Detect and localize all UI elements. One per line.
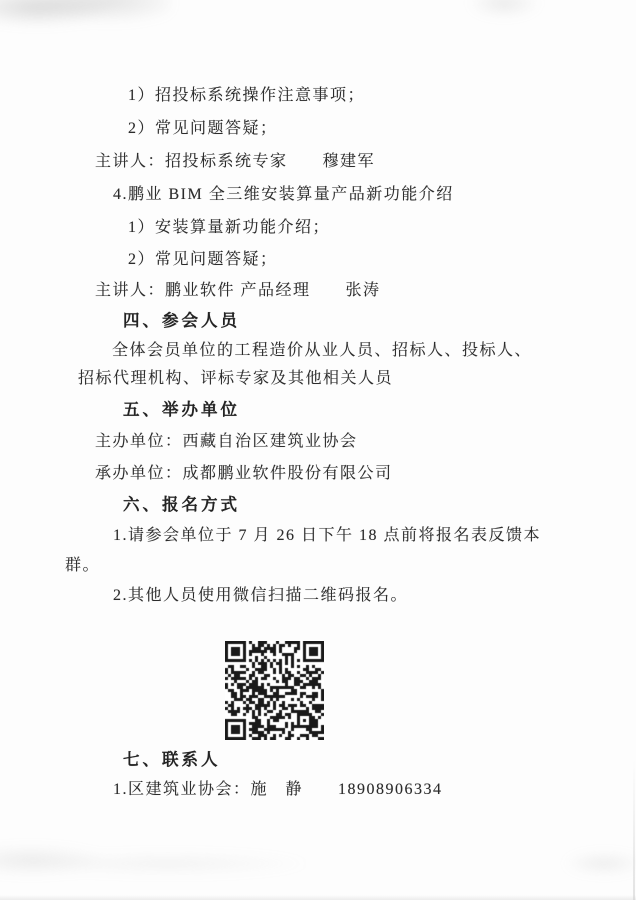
registration-method1-line-2: 群。: [65, 556, 100, 576]
scan-edge-shadow-bottom: [0, 895, 636, 900]
agenda-item3-subitem-2: 2）常见问题答疑；: [128, 119, 278, 139]
contact-item-1: 1.区建筑业协会：施 静 18908906334: [113, 780, 443, 800]
participants-body-line-2: 招标代理机构、评标专家及其他相关人员: [78, 369, 393, 389]
scan-smudge-bottom-right: [552, 848, 636, 876]
section-heading-participants: 四、参会人员: [123, 311, 240, 331]
scan-smudge-bottom-left: [0, 846, 312, 878]
scan-smudge-top-right: [452, 0, 547, 28]
organizer-host-line: 主办单位：西藏自治区建筑业协会: [95, 432, 358, 452]
section-heading-organizers: 五、举办单位: [123, 400, 240, 420]
registration-method2-line: 2.其他人员使用微信扫描二维码报名。: [113, 586, 408, 606]
agenda-item4-title: 4.鹏业 BIM 全三维安装算量产品新功能介绍: [113, 185, 454, 205]
registration-method1-line-1: 1.请参会单位于 7 月 26 日下午 18 点前将报名表反馈本: [113, 526, 541, 546]
registration-qr-code-icon: [225, 641, 324, 740]
agenda-item3-subitem-1: 1）招投标系统操作注意事项；: [128, 86, 365, 106]
agenda-item3-speaker: 主讲人：招投标系统专家 穆建军: [95, 152, 375, 172]
scanned-document-page: 1）招投标系统操作注意事项； 2）常见问题答疑； 主讲人：招投标系统专家 穆建军…: [0, 0, 636, 900]
organizer-undertaker-line: 承办单位：成都鹏业软件股份有限公司: [95, 464, 393, 484]
scan-edge-shadow-right: [633, 760, 635, 900]
participants-body-line-1: 全体会员单位的工程造价从业人员、招标人、投标人、: [112, 341, 532, 361]
agenda-item4-speaker: 主讲人：鹏业软件 产品经理 张涛: [95, 281, 381, 301]
agenda-item4-subitem-2: 2）常见问题答疑；: [128, 250, 278, 270]
agenda-item4-subitem-1: 1）安装算量新功能介绍；: [128, 218, 330, 238]
scan-smudge-top-left: [0, 0, 171, 38]
section-heading-registration: 六、报名方式: [123, 495, 240, 515]
section-heading-contact: 七、联系人: [123, 750, 221, 770]
